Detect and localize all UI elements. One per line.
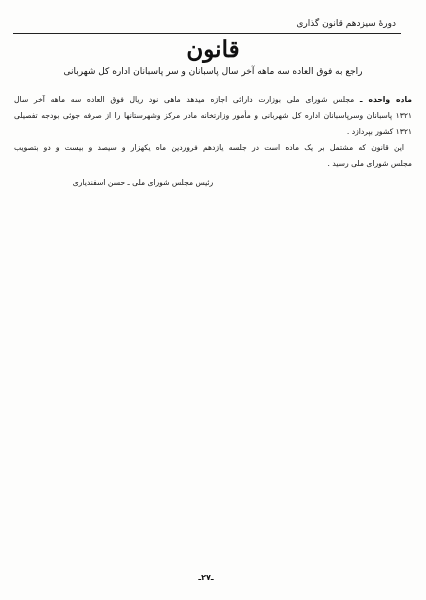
body-line-2: ۱۳۲۱ پاسبانان وسرپاسبانان اداره کل شهربا…	[14, 110, 412, 122]
page-number: ـ۲۷ـ	[0, 573, 426, 582]
body-line-5: مجلس شورای ملی رسید .	[14, 158, 412, 170]
header-rule	[13, 33, 401, 34]
signature-line: رئیس مجلس شورای ملی ـ حسن اسفندیاری	[0, 178, 426, 187]
document-title: قانون	[0, 36, 426, 63]
body-line-4: این قانون که مشتمل بر یک ماده است در جلس…	[14, 142, 404, 154]
body-line-3: ۱۳۲۱ کشور بپردازد .	[14, 126, 412, 138]
body-text: مجلس شورای ملی بوزارت دارائی اجازه میدهد…	[14, 95, 354, 104]
document-page: دورهٔ سیزدهم قانون گذاری قانون راجع به ف…	[0, 0, 426, 600]
article-lead: ماده واحده ـ	[360, 95, 412, 104]
running-header: دورهٔ سیزدهم قانون گذاری	[296, 19, 396, 29]
document-subtitle: راجع به فوق العاده سه ماهه آخر سال پاسبا…	[0, 67, 426, 77]
body-line-1: ماده واحده ـ مجلس شورای ملی بوزارت دارائ…	[14, 94, 412, 106]
